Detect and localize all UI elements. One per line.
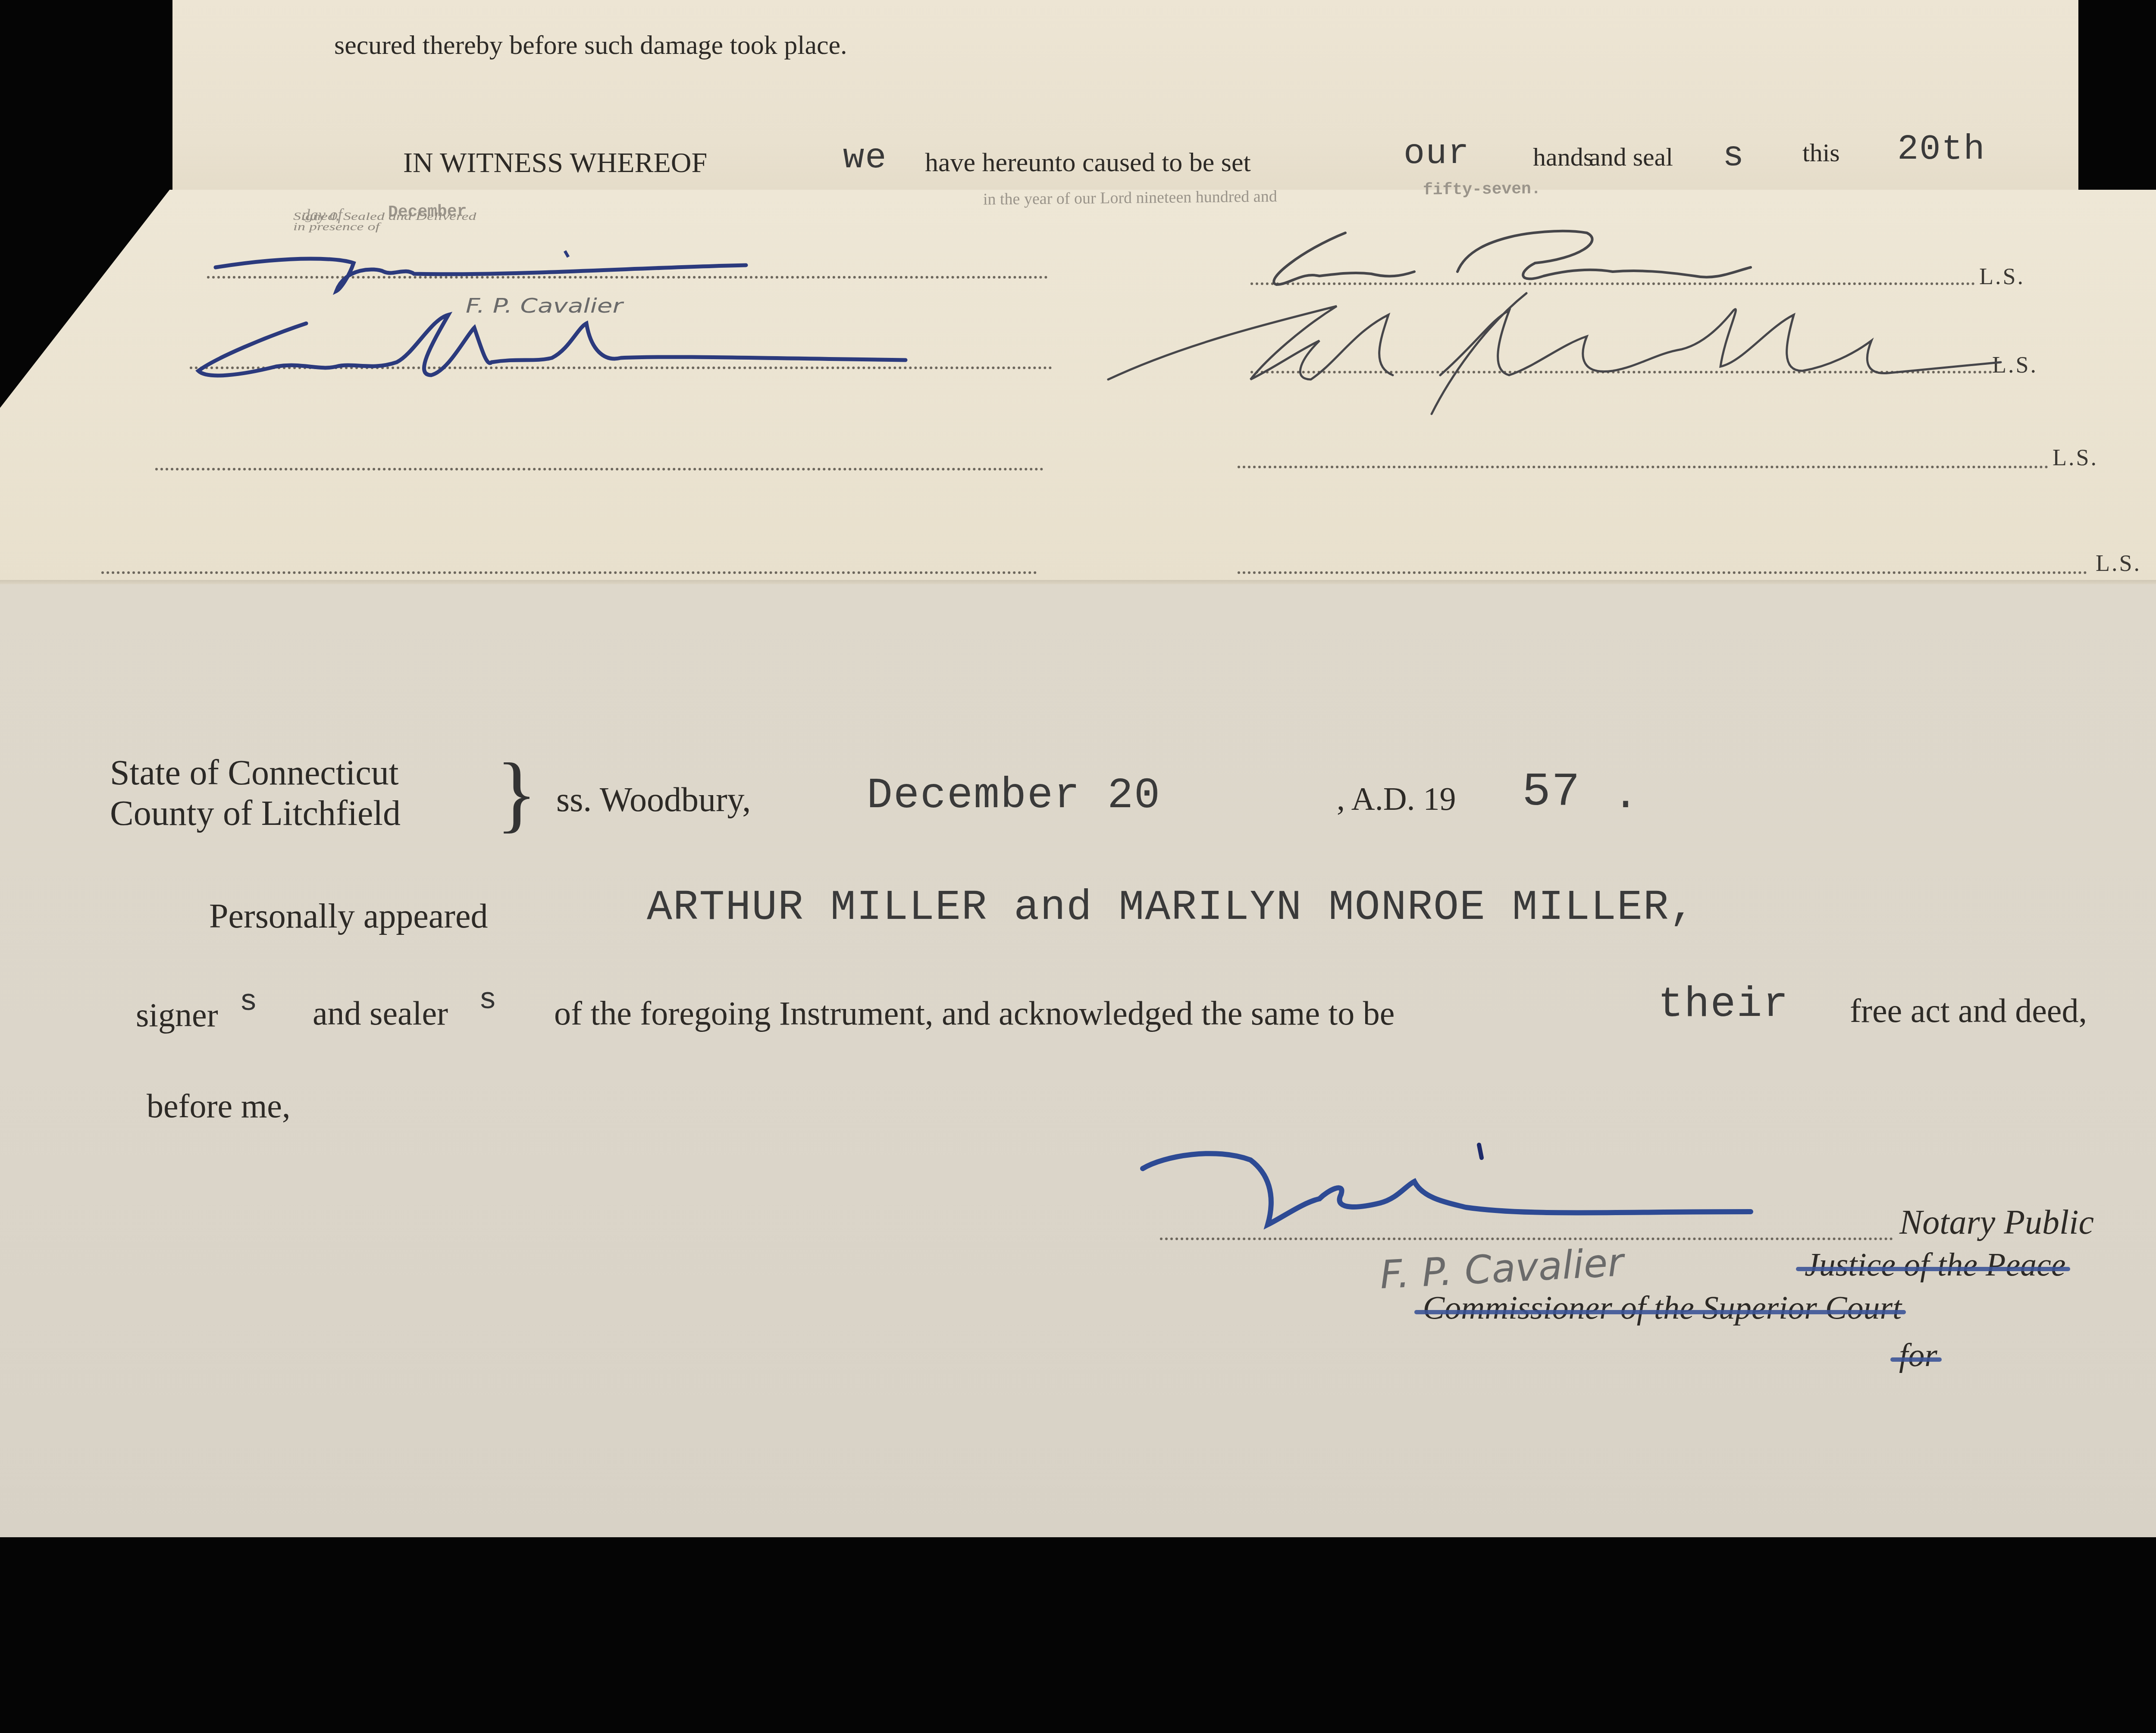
signer-suffix: s [239, 985, 257, 1019]
and-sealer-word: and sealer [313, 994, 448, 1033]
witness-clause: IN WITNESS WHEREOF we have hereunto caus… [403, 138, 2042, 190]
sealer-suffix: s [479, 984, 497, 1018]
caption-line-2: in presence of [293, 222, 476, 232]
witness-1-signature [211, 250, 750, 298]
signer-word: signer [136, 996, 218, 1034]
empty-signer-line-3 [1238, 466, 2048, 468]
ack-year: 57 [1522, 765, 1581, 819]
witness-and-seal: and seal [1589, 142, 1673, 172]
struck-justice-of-the-peace: Justice of the Peace [1805, 1246, 2066, 1284]
empty-signer-line-4 [1238, 571, 2087, 574]
free-act-and-deed: free act and deed, [1850, 991, 2087, 1030]
before-me: before me, [147, 1087, 290, 1125]
ack-date-period: . [1613, 772, 1639, 821]
notary-public-title: Notary Public [1899, 1203, 2094, 1242]
signed-sealed-caption: Signed, Sealed and Delivered in presence… [293, 211, 476, 232]
county-label: County of Litchfield [110, 793, 401, 834]
venue-town: ss. Woodbury, [556, 780, 751, 820]
caption-line-1: Signed, Sealed and Delivered [293, 211, 476, 222]
signer-2-signature [1095, 276, 2122, 418]
notary-signature [1138, 1138, 1764, 1250]
witness-2-signature [190, 310, 923, 384]
witness-day: 20th [1897, 129, 1986, 169]
witness-mid: have hereunto caused to be set [925, 147, 1251, 178]
possessive-their: their [1658, 981, 1789, 1029]
state-label: State of Connecticut [110, 752, 401, 793]
parties-names: ARTHUR MILLER and MARILYN MONROE MILLER, [647, 884, 1695, 932]
ack-date: December 20 [867, 772, 1161, 821]
acknowledgment-middle: of the foregoing Instrument, and acknowl… [554, 994, 1395, 1033]
acknowledgment-line: signer s and sealer s of the foregoing I… [136, 985, 2156, 1037]
empty-witness-line-4 [101, 571, 1037, 574]
continuation-year-text: in the year of our Lord nineteen hundred… [983, 187, 1277, 209]
continuation-year-typed: fifty-seven. [1423, 180, 1541, 200]
empty-seal-label-1: L.S. [2053, 444, 2098, 471]
struck-commissioner-superior-court: Commissioner of the Superior Court [1423, 1289, 1902, 1327]
empty-witness-line-3 [155, 468, 1044, 470]
witness-this: this [1802, 138, 1840, 168]
witness-whose: our [1404, 134, 1470, 174]
struck-for: for [1899, 1337, 1937, 1374]
witness-who: we [843, 138, 887, 178]
witness-seal-suffix: s [1723, 136, 1745, 176]
preceding-clause-text: secured thereby before such damage took … [334, 30, 847, 61]
venue-block: State of Connecticut County of Litchfiel… [110, 752, 401, 834]
witness-lead: IN WITNESS WHEREOF [403, 147, 707, 179]
venue-brace: } [496, 750, 537, 837]
empty-seal-label-2: L.S. [2096, 550, 2141, 577]
lower-panel [0, 584, 2156, 1537]
witness-hands: hands [1533, 142, 1593, 172]
notary-signature-line [1160, 1238, 1893, 1240]
personally-appeared-label: Personally appeared [209, 897, 488, 936]
ack-ad-label: , A.D. 19 [1337, 780, 1456, 818]
